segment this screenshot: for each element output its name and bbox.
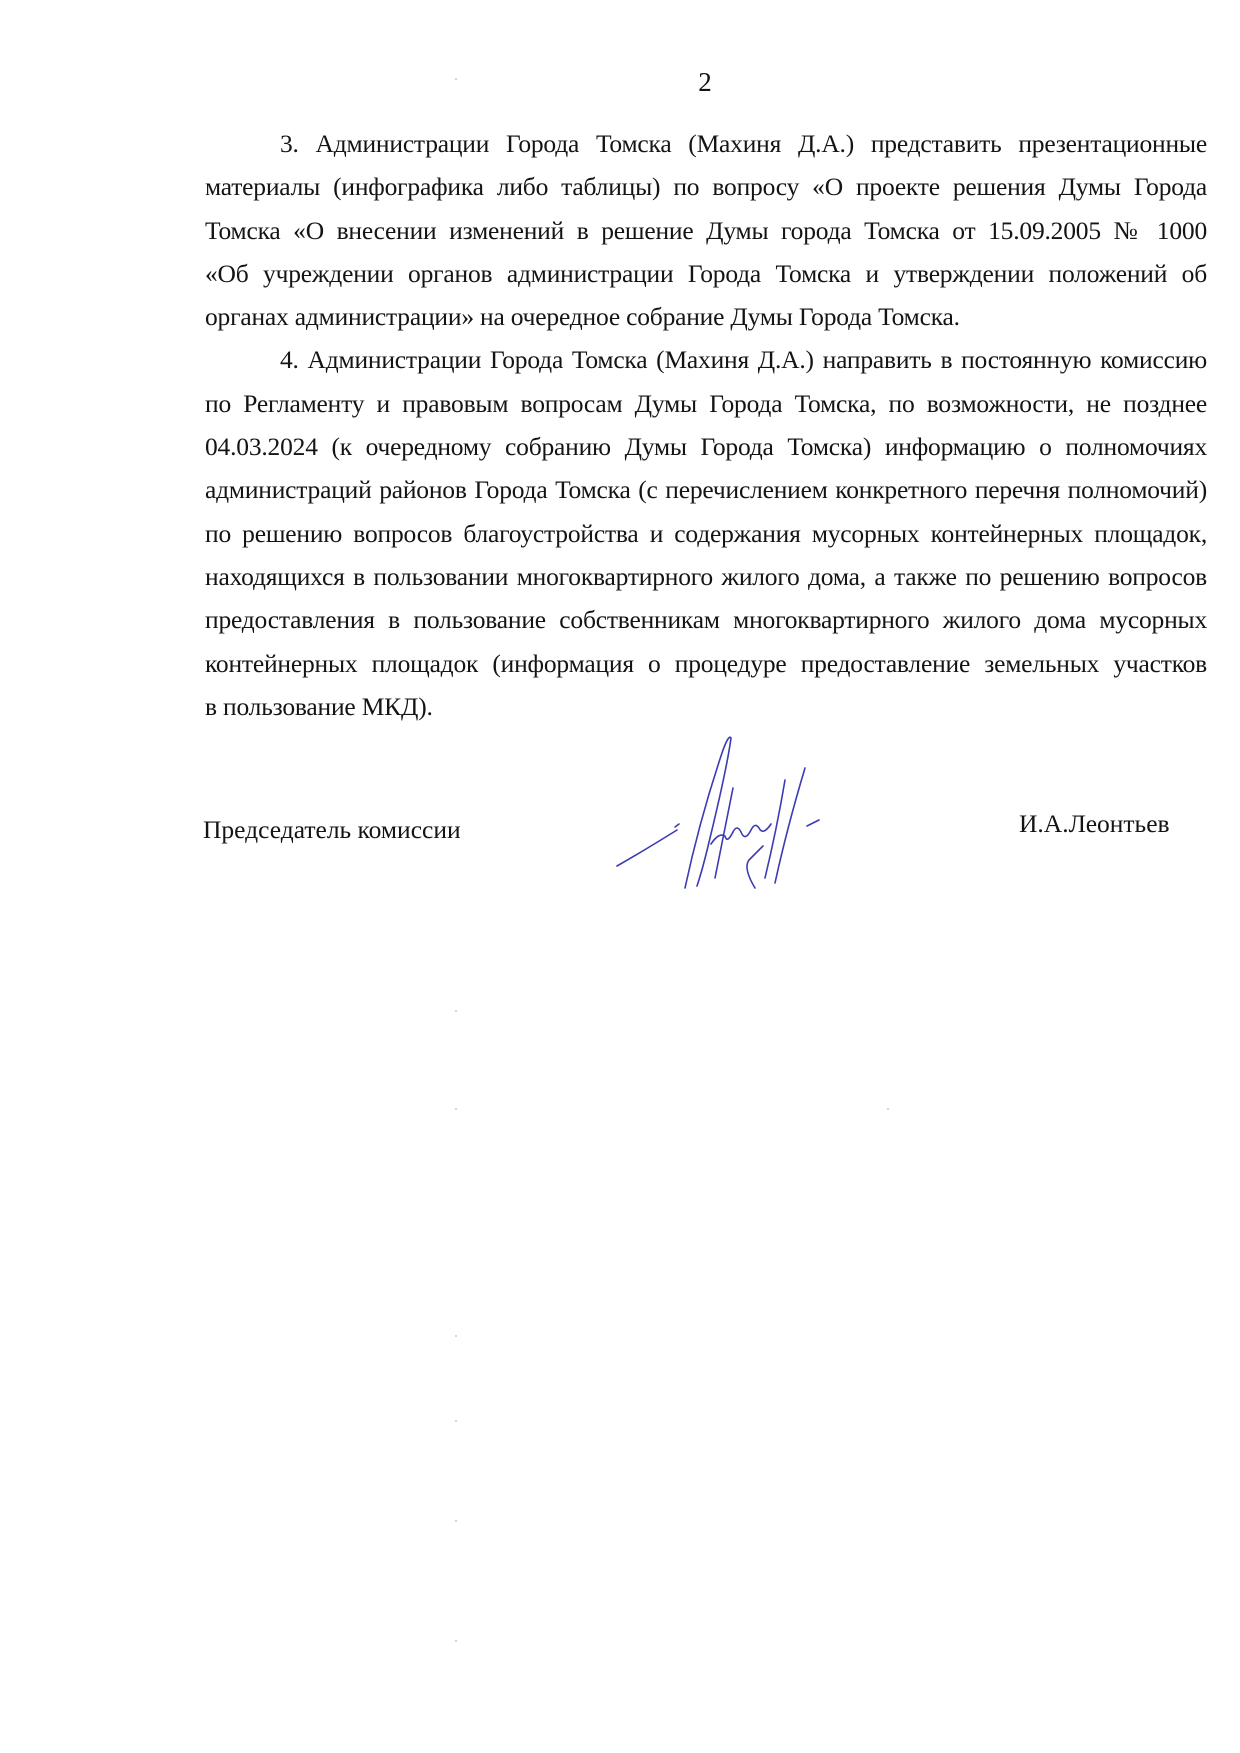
text-line: материалы (инфографика либо таблицы) по … — [205, 165, 1207, 208]
signatory-name: И.А.Леонтьев — [1019, 806, 1170, 842]
scan-artifact — [455, 1640, 457, 1642]
signatory-role: Председатель комиссии — [203, 812, 461, 848]
handwritten-signature-icon — [615, 728, 830, 893]
text-line: 3. Администрации Города Томска (Махиня Д… — [205, 122, 1207, 165]
text-line: предоставления в пользование собственник… — [205, 598, 1207, 641]
paragraph-3: 3. Администрации Города Томска (Махиня Д… — [205, 122, 1207, 338]
text-line: 04.03.2024 (к очередному собранию Думы Г… — [205, 425, 1207, 468]
scan-artifact — [455, 78, 457, 80]
text-line: по Регламенту и правовым вопросам Думы Г… — [205, 382, 1207, 425]
text-line: в пользование МКД). — [205, 685, 1207, 728]
scan-artifact — [455, 1520, 457, 1522]
text-line: «Об учреждении органов администрации Гор… — [205, 252, 1207, 295]
text-line: находящихся в пользовании многоквартирно… — [205, 555, 1207, 598]
text-line: Томска «О внесении изменений в решение Д… — [205, 209, 1207, 252]
paragraph-4: 4. Администрации Города Томска (Махиня Д… — [205, 338, 1207, 728]
scan-artifact — [455, 1108, 457, 1110]
text-line: органах администрации» на очередное собр… — [205, 295, 1207, 338]
scan-artifact — [455, 1010, 457, 1012]
scan-artifact — [887, 1108, 889, 1110]
text-line: администраций районов Города Томска (с п… — [205, 468, 1207, 511]
scan-artifact — [455, 1420, 457, 1422]
page-number: 2 — [0, 64, 1240, 100]
document-body: 3. Администрации Города Томска (Махиня Д… — [205, 122, 1207, 728]
text-line: по решению вопросов благоустройства и со… — [205, 512, 1207, 555]
text-line: 4. Администрации Города Томска (Махиня Д… — [205, 338, 1207, 381]
scan-artifact — [455, 1335, 457, 1337]
text-line: контейнерных площадок (информация о проц… — [205, 642, 1207, 685]
